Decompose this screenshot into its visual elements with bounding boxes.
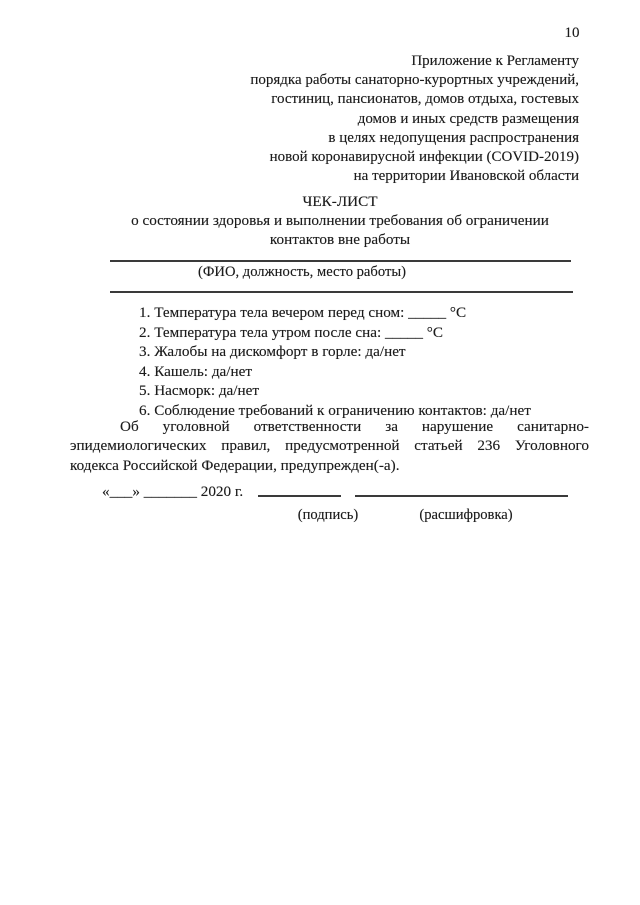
header-line: домов и иных средств размещения bbox=[250, 110, 579, 129]
document-title-block: ЧЕК-ЛИСТ о состоянии здоровья и выполнен… bbox=[60, 192, 620, 250]
fio-underline-top bbox=[110, 260, 571, 262]
paragraph-line: кодекса Российской Федерации, предупрежд… bbox=[70, 456, 589, 475]
checklist-item: 3. Жалобы на дискомфорт в горле: да/нет bbox=[139, 342, 531, 362]
criminal-liability-paragraph: Об уголовной ответственности за нарушени… bbox=[70, 417, 589, 475]
signature-caption: (подпись) bbox=[258, 507, 398, 524]
fio-caption: (ФИО, должность, место работы) bbox=[72, 264, 532, 281]
header-line: порядка работы санаторно-курортных учреж… bbox=[250, 71, 579, 90]
checklist-item: 4. Кашель: да/нет bbox=[139, 362, 531, 382]
header-line: в целях недопущения распространения bbox=[250, 129, 579, 148]
document-subtitle-line: контактов вне работы bbox=[60, 230, 620, 249]
date-blank-line: «___» _______ 2020 г. bbox=[102, 483, 243, 501]
checklist-item: 5. Насморк: да/нет bbox=[139, 381, 531, 401]
page-number: 10 bbox=[558, 25, 586, 42]
paragraph-line: эпидемиологических правил, предусмотренн… bbox=[70, 436, 589, 455]
header-line: Приложение к Регламенту bbox=[250, 52, 579, 71]
name-caption: (расшифровка) bbox=[396, 507, 536, 524]
scanned-document-page: 10 Приложение к Регламенту порядка работ… bbox=[0, 0, 640, 905]
paragraph-line: Об уголовной ответственности за нарушени… bbox=[70, 417, 589, 436]
name-underline bbox=[355, 495, 568, 497]
header-line: на территории Ивановской области bbox=[250, 167, 579, 186]
checklist-item: 2. Температура тела утром после сна: ___… bbox=[139, 323, 531, 343]
document-title: ЧЕК-ЛИСТ bbox=[60, 192, 620, 211]
checklist-item: 1. Температура тела вечером перед сном: … bbox=[139, 303, 531, 323]
signature-underline bbox=[258, 495, 341, 497]
health-checklist: 1. Температура тела вечером перед сном: … bbox=[139, 303, 531, 421]
document-subtitle-line: о состоянии здоровья и выполнении требов… bbox=[60, 211, 620, 230]
appendix-header: Приложение к Регламенту порядка работы с… bbox=[250, 52, 579, 186]
fio-underline-bottom bbox=[110, 291, 573, 293]
header-line: новой коронавирусной инфекции (COVID-201… bbox=[250, 148, 579, 167]
header-line: гостиниц, пансионатов, домов отдыха, гос… bbox=[250, 90, 579, 109]
